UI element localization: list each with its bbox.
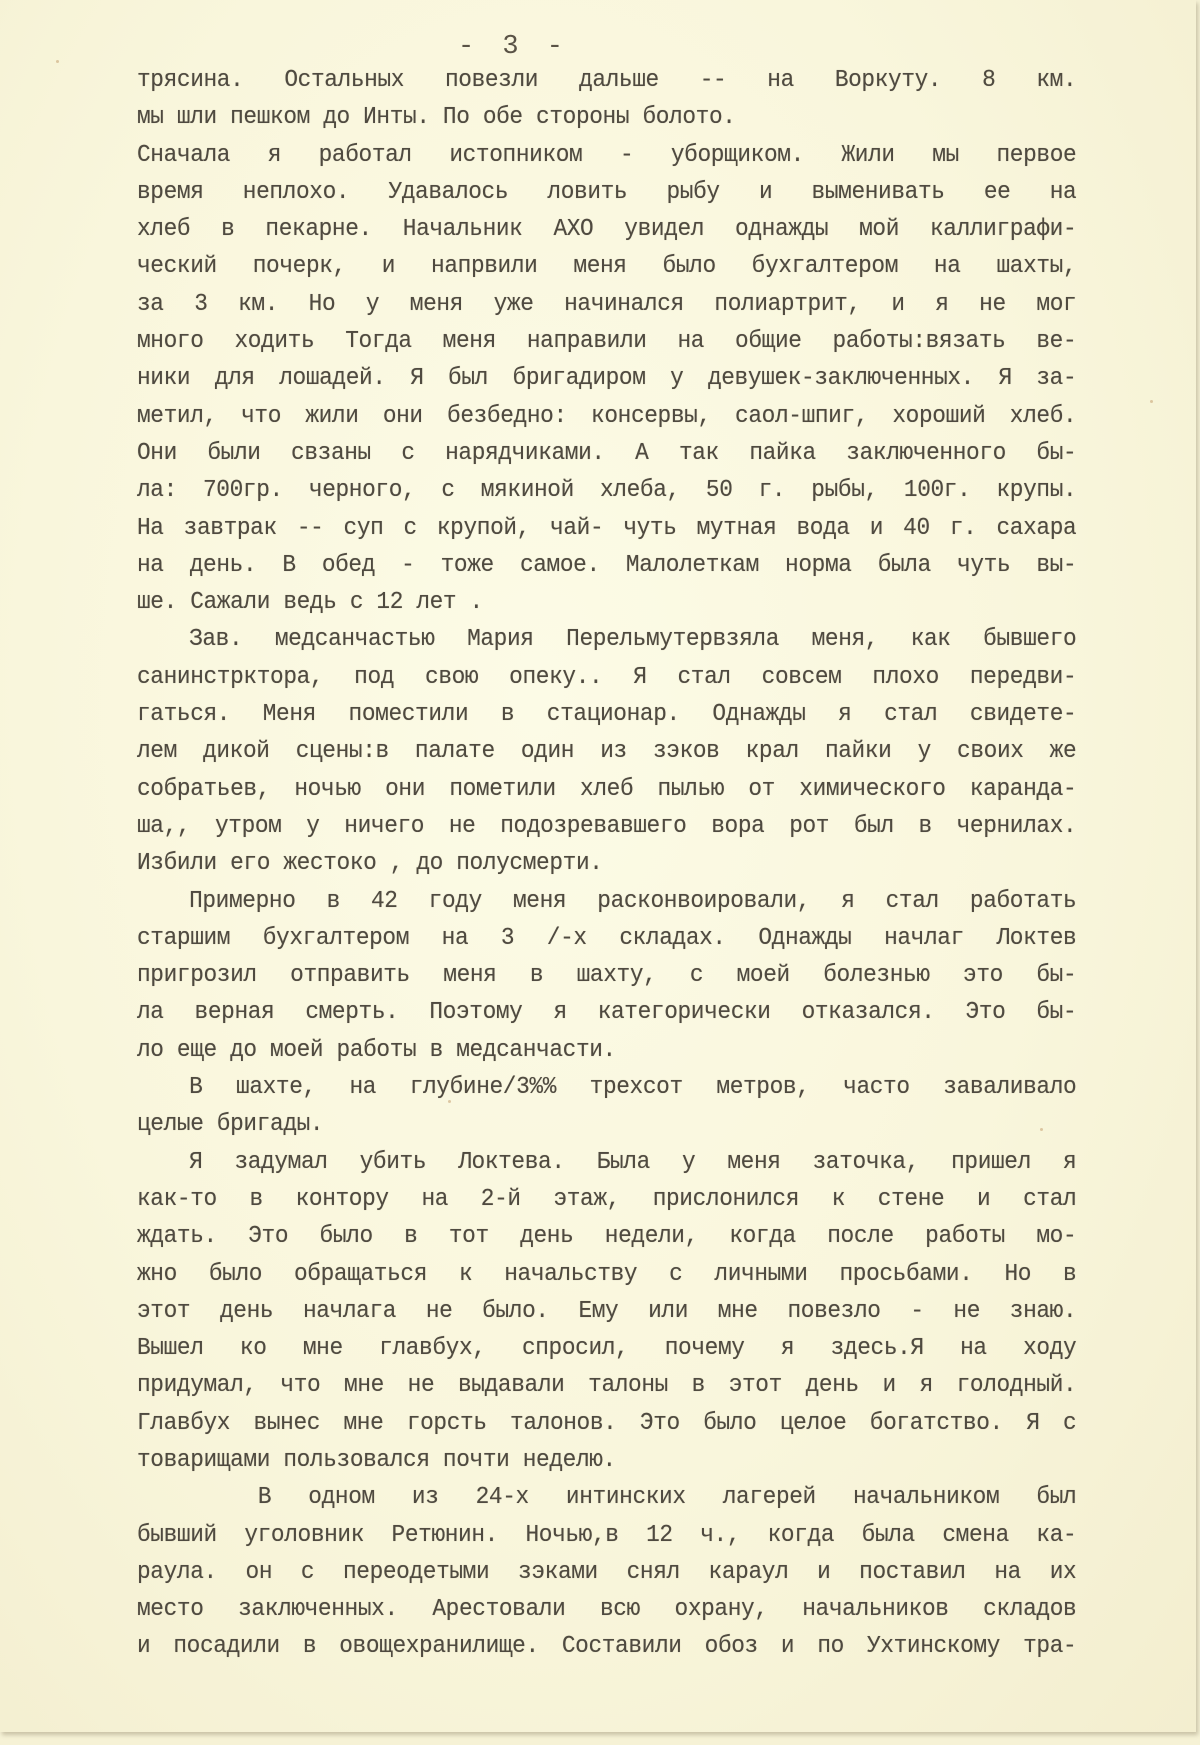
text-line: ло еще до моей работы в медсанчасти. [137,1032,1076,1069]
text-line: В шахте, на глубине/3%% трехсот метров, … [137,1069,1076,1106]
paper-speck [1150,400,1153,403]
text-line: бывший уголовник Ретюнин. Ночью,в 12 ч.,… [137,1517,1076,1554]
text-line: На завтрак -- суп с крупой, чай- чуть му… [137,510,1076,547]
text-line: гаться. Меня поместили в стационар. Одна… [137,696,1076,733]
typewritten-page: - 3 - трясина. Остальных повезли дальше … [0,0,1196,1732]
text-line: ла: 700гр. черного, с мякиной хлеба, 50 … [137,472,1076,509]
text-line: ники для лошадей. Я был бригадиром у дев… [137,360,1076,397]
paper-speck [448,1100,451,1103]
text-line: и посадили в овощехранилище. Составили о… [137,1628,1076,1665]
text-line: Сначала я работал истопником - уборщиком… [137,137,1076,174]
text-line: за 3 км. Но у меня уже начинался полиарт… [137,286,1076,323]
text-line: ла верная смерть. Поэтому я категорическ… [137,994,1076,1031]
paper-speck [56,60,59,63]
text-line: хлеб в пекарне. Начальник АХО увидел одн… [137,211,1076,248]
text-line: на день. В обед - тоже самое. Малолеткам… [137,547,1076,584]
page-number: - 3 - [458,32,569,62]
text-line: ческий почерк, и напрвили меня было бухг… [137,248,1076,285]
text-line: время неплохо. Удавалось ловить рыбу и в… [137,174,1076,211]
text-line: Примерно в 42 году меня расконвоировали,… [137,883,1076,920]
text-line: Зав. медсанчастью Мария Перельмутервзяла… [137,621,1076,658]
text-line: ша,, утром у ничего не подозревавшего во… [137,808,1076,845]
text-line: метил, что жили они безбедно: консервы, … [137,398,1076,435]
text-line: товарищами пользовался почти неделю. [137,1442,1076,1479]
text-line: Избили его жестоко , до полусмерти. [137,845,1076,882]
text-line: Они были свзаны с нарядчиками. А так пай… [137,435,1076,472]
text-line: Вышел ко мне главбух, спросил, почему я … [137,1330,1076,1367]
text-line: как-то в контору на 2-й этаж, прислонилс… [137,1181,1076,1218]
text-line: санинстрктора, под свою опеку.. Я стал с… [137,659,1076,696]
text-line: этот день начлага не было. Ему или мне п… [137,1293,1076,1330]
text-line: ше. Сажали ведь с 12 лет . [137,584,1076,621]
text-line: ждать. Это было в тот день недели, когда… [137,1218,1076,1255]
text-line: Я задумал убить Локтева. Была у меня зат… [137,1144,1076,1181]
text-line: лем дикой сцены:в палате один из зэков к… [137,733,1076,770]
text-line: много ходить Тогда меня направили на общ… [137,323,1076,360]
paper-speck [1040,1128,1043,1131]
text-line: трясина. Остальных повезли дальше -- на … [137,62,1076,99]
text-line: место заключенных. Арестовали всю охрану… [137,1591,1076,1628]
text-line: собратьев, ночью они пометили хлеб пылью… [137,771,1076,808]
text-line: мы шли пешком до Инты. По обе стороны бо… [137,99,1076,136]
text-line: придумал, что мне не выдавали талоны в э… [137,1367,1076,1404]
text-line: старшим бухгалтером на 3 /-х складах. Од… [137,920,1076,957]
text-line: целые бригады. [137,1106,1076,1143]
typewritten-text-body: трясина. Остальных повезли дальше -- на … [137,62,1147,1666]
text-line: жно было обращаться к начальству с личны… [137,1256,1076,1293]
text-line: В одном из 24-х интинских лагерей началь… [137,1479,1076,1516]
text-line: раула. он с переодетыми зэками снял кара… [137,1554,1076,1591]
text-line: Главбух вынес мне горсть талонов. Это бы… [137,1405,1076,1442]
text-line: пригрозил отправить меня в шахту, с моей… [137,957,1076,994]
